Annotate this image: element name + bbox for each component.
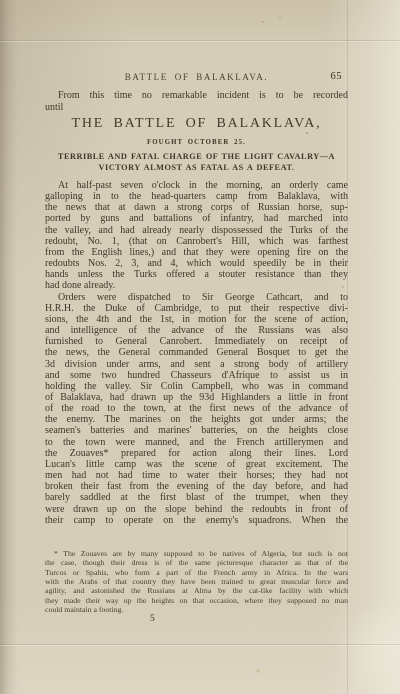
text-line: broken their fast from the evening of th… <box>45 481 348 492</box>
text-line: the news that at dawn a strong corps of … <box>45 202 348 213</box>
text-line: the valley, and had already nearly dispo… <box>45 225 348 236</box>
body-paragraph-1: At half-past seven o'clock in the mornin… <box>45 180 348 292</box>
text-line: to the town were manned, and the French … <box>45 437 348 448</box>
text-line: From this time no remarkable incident is… <box>45 90 348 102</box>
text-line: with the Arabs of that country they have… <box>45 577 348 586</box>
running-header: BATTLE OF BALAKLAVA. <box>45 72 348 82</box>
text-line: of Balaklava, had drawn up the 93d Highl… <box>45 392 348 403</box>
chapter-subtitle: TERRIBLE AND FATAL CHARGE OF THE LIGHT C… <box>45 151 348 173</box>
text-line: H.R.H. the Duke of Cambridge, to put the… <box>45 303 348 314</box>
text-line: from the English lines,) and that they w… <box>45 247 348 258</box>
running-header-row: BATTLE OF BALAKLAVA. 65 <box>45 72 348 86</box>
chapter-title: THE BATTLE OF BALAKLAVA, <box>45 116 348 132</box>
text-line: redoubt, No. 1, (that on Canrobert's Hil… <box>45 236 348 247</box>
body-paragraph-2: Orders were dispatched to Sir George Cat… <box>45 292 348 526</box>
text-line: were drawn up on the slope behind the re… <box>45 504 348 515</box>
text-line: men had not had time to water their hors… <box>45 470 348 481</box>
text-line: TERRIBLE AND FATAL CHARGE OF THE LIGHT C… <box>45 151 348 162</box>
body-text: At half-past seven o'clock in the mornin… <box>45 180 348 526</box>
text-line: and some two hundred Chasseurs d'Afrique… <box>45 370 348 381</box>
text-line: agility, and astonished the Russians at … <box>45 586 348 595</box>
text-line: of the road to the town, at the first ne… <box>45 403 348 414</box>
text-line: Turcos or Spahis, who form a part of the… <box>45 568 348 577</box>
signature-mark: 5 <box>150 614 155 624</box>
battle-date-line: FOUGHT OCTOBER 25. <box>45 139 348 146</box>
text-line: * The Zouaves are by many supposed to be… <box>45 549 348 558</box>
text-line: At half-past seven o'clock in the mornin… <box>45 180 348 191</box>
text-line: the Zouaves* prepared for action along t… <box>45 448 348 459</box>
text-line: until <box>45 102 348 114</box>
text-line: holding the valley. Sir Colin Campbell, … <box>45 381 348 392</box>
text-line: the enemy. The marines on the heights go… <box>45 414 348 425</box>
text-line: seamen's batteries and marines' batterie… <box>45 425 348 436</box>
page-number: 65 <box>331 71 343 82</box>
text-line: furnished to General Canrobert. Immediat… <box>45 336 348 347</box>
text-line: could maintain a footing. <box>45 605 348 614</box>
text-line: VICTORY ALMOST AS FATAL AS A DEFEAT. <box>45 162 348 173</box>
text-line: the news, the General commanded General … <box>45 347 348 358</box>
paper-crease-top <box>0 40 400 41</box>
text-line: their camp to operate on the enemy's squ… <box>45 515 348 526</box>
text-line: hands unless the Turks offered a stouter… <box>45 269 348 280</box>
text-line: sions, the 4th and the 1st, in motion fo… <box>45 314 348 325</box>
paper-crease-bottom <box>0 644 400 645</box>
text-line: Orders were dispatched to Sir George Cat… <box>45 292 348 303</box>
text-line: barely saddled at the first blast of the… <box>45 492 348 503</box>
text-line: they made their way up the heights on th… <box>45 596 348 605</box>
text-line: Lucan's little camp was the scene of gre… <box>45 459 348 470</box>
text-line: had done already. <box>45 280 348 291</box>
text-line: ported by guns and battalions of infantr… <box>45 213 348 224</box>
book-page-scan: BATTLE OF BALAKLAVA. 65 From this time n… <box>0 0 400 694</box>
text-line: redoubts Nos. 2, 3, and 4, which would s… <box>45 258 348 269</box>
text-line: 3d division under arms, and sent a stron… <box>45 359 348 370</box>
text-line: the case, though their dress is of the s… <box>45 558 348 567</box>
text-line: galloping in to the head-quarters camp f… <box>45 191 348 202</box>
text-line: and intelligence of the advance of the R… <box>45 325 348 336</box>
footnote: * The Zouaves are by many supposed to be… <box>45 549 348 614</box>
intro-paragraph: From this time no remarkable incident is… <box>45 90 348 113</box>
